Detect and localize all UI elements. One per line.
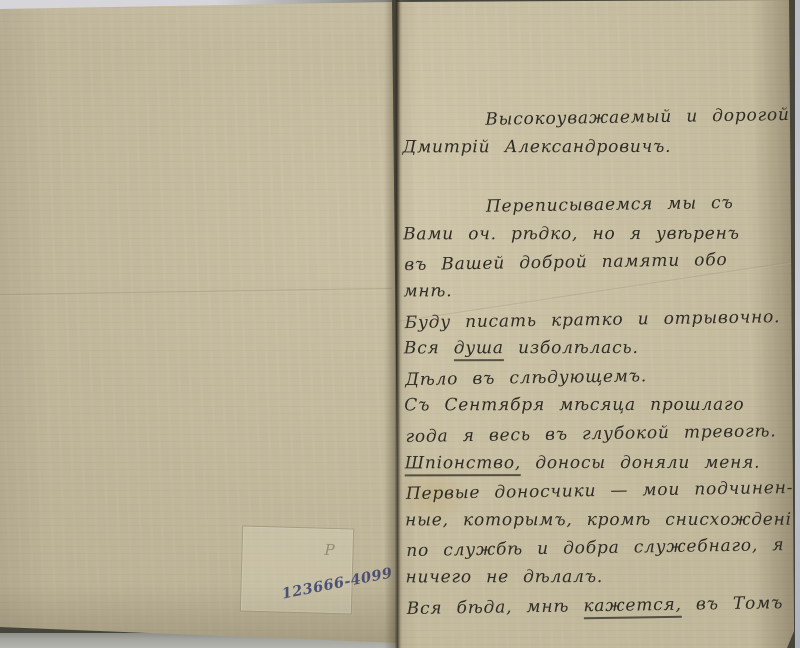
letter-line: Съ Сентября мѣсяца прошлаго (404, 391, 796, 420)
letter-line: ные, которымъ, кромѣ снисхожденій (405, 505, 797, 534)
letter-line: года я весь въ глубокой тревогѣ. (405, 417, 797, 452)
letter-line: Буду писать кратко и отрывочно. (405, 302, 797, 337)
letter-line: въ Вашей доброй памяти обо (404, 245, 796, 280)
archive-label: Р (240, 525, 354, 614)
letter-line: Первые доносчики — мои подчинен- (406, 474, 798, 509)
underlined-word: кажется, (583, 594, 682, 619)
letter-line: Вами оч. рѣдко, но я увѣренъ (403, 219, 795, 248)
letter-line: Вся бѣда, мнѣ кажется, въ Томъ (407, 588, 799, 623)
archive-label-letter: Р (324, 541, 335, 559)
letter-line: Переписываемся мы съ (404, 188, 796, 223)
letter-line: мнѣ. (403, 277, 795, 306)
letter-text: Высокоуважаемый и дорогойДмитрій Алексан… (402, 103, 798, 622)
letter-line: по службѣ и добра служебнаго, я (406, 531, 798, 566)
letter-line: Дѣло въ слѣдующемъ. (405, 360, 797, 395)
background-right-strip (795, 0, 800, 648)
letter-line: ничего не дѣлалъ. (405, 563, 797, 592)
letter-line: Шпіонство, доносы доняли меня. (405, 448, 797, 477)
letter-photograph: Р 123666-4099 Высокоуважаемый и дорогойД… (0, 0, 800, 648)
underlined-word: Шпіонство, (405, 453, 521, 476)
letter-line: Высокоуважаемый и дорогой (403, 101, 795, 136)
underlined-word: душа (454, 338, 504, 361)
letter-line: Дмитрій Александровичъ. (402, 132, 794, 161)
letter-line: Вся душа изболѣлась. (404, 334, 796, 363)
